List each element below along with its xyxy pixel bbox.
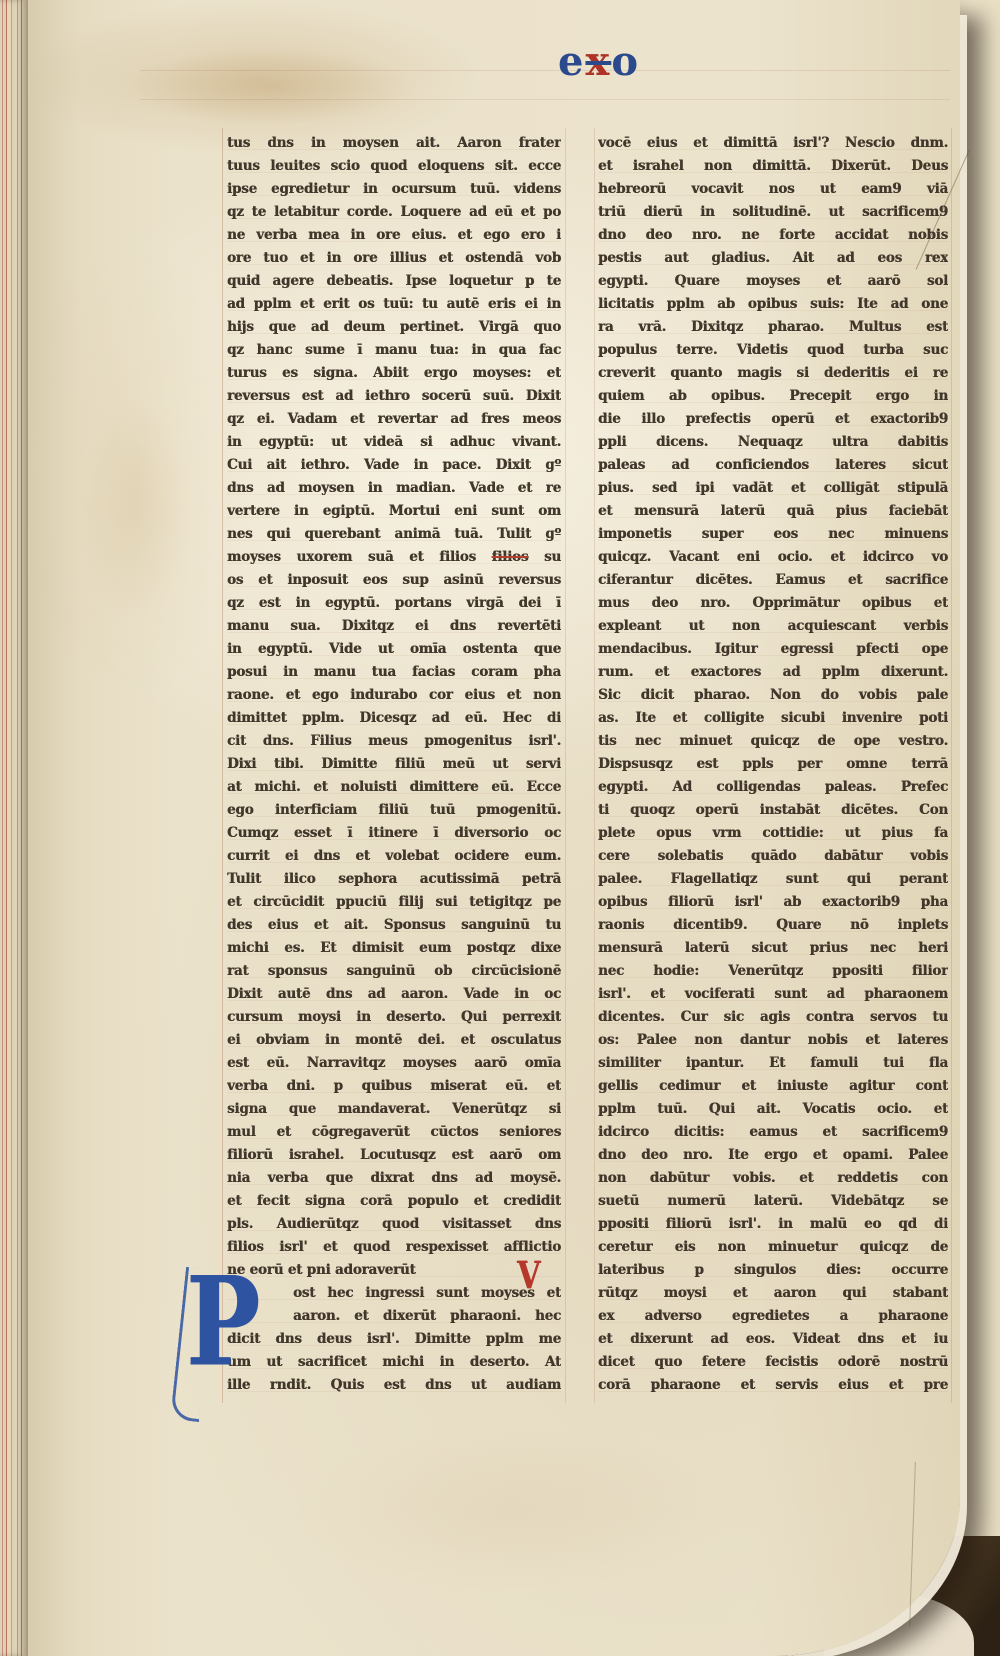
text-line: expleant ut non acquiescant verbis bbox=[598, 615, 948, 638]
text-line: vertere in egiptū. Mortui eni sunt om bbox=[227, 500, 561, 523]
text-line: paleas ad conficiendos lateres sicut bbox=[598, 454, 948, 477]
running-title-letter: o bbox=[611, 42, 640, 82]
text-line: pplm tuū. Qui ait. Vocatis ocio. et bbox=[598, 1098, 948, 1121]
text-line: qz ei. Vadam et revertar ad fres meos bbox=[227, 408, 561, 431]
text-line: et mensurā laterū quā pius faciebāt bbox=[598, 500, 948, 523]
text-line: as. Ite et colligite sicubi invenire pot… bbox=[598, 707, 948, 730]
text-line: qz te letabitur corde. Loquere ad eū et … bbox=[227, 201, 561, 224]
text-line: ne eorū et pni adoraverūt bbox=[227, 1259, 561, 1282]
text-line: idcirco dicitis: eamus et sacrificem9 bbox=[598, 1121, 948, 1144]
text-line: hijs que ad deum pertinet. Virgā quo bbox=[227, 316, 561, 339]
text-line: dimittet pplm. Dicesqz ad eū. Hec di bbox=[227, 707, 561, 730]
text-line: os et inposuit eos sup asinū reversus bbox=[227, 569, 561, 592]
text-line: ille rndit. Quis est dns ut audiam bbox=[227, 1374, 561, 1397]
text-line: isrl'. et vociferati sunt ad pharaonem bbox=[598, 983, 948, 1006]
text-line: michi es. Et dimisit eum postqz dixe bbox=[227, 937, 561, 960]
text-line: similiter ipantur. Et famuli tui fla bbox=[598, 1052, 948, 1075]
text-line: Cui ait iethro. Vade in pace. Dixit gº bbox=[227, 454, 561, 477]
running-title-letter: x bbox=[585, 42, 611, 82]
text-line: mul et cōgregaverūt cūctos seniores bbox=[227, 1121, 561, 1144]
text-line: ti quoqz operū instabāt dicētes. Con bbox=[598, 799, 948, 822]
text-line: des eius et ait. Sponsus sanguinū tu bbox=[227, 914, 561, 937]
text-line: verba dni. p quibus miserat eū. et bbox=[227, 1075, 561, 1098]
running-title-letter: e bbox=[558, 42, 585, 82]
text-line: Cumqz esset ī itinere ī diversorio oc bbox=[227, 822, 561, 845]
text-line: ost hec ingressi sunt moyses et bbox=[227, 1282, 561, 1305]
text-line: filiorū israhel. Locutusqz est aarō om bbox=[227, 1144, 561, 1167]
text-line: nia verba que dixrat dns ad moysē. bbox=[227, 1167, 561, 1190]
text-line: lateribus p singulos dies: occurre bbox=[598, 1259, 948, 1282]
text-line: corā pharaone et servis eius et pre bbox=[598, 1374, 948, 1397]
text-line: Dixit autē dns ad aaron. Vade in oc bbox=[227, 983, 561, 1006]
text-line: hebreorū vocavit nos ut eam9 viā bbox=[598, 178, 948, 201]
text-line: gellis cedimur et iniuste agitur cont bbox=[598, 1075, 948, 1098]
text-line: reversus est ad iethro socerū suū. Dixit bbox=[227, 385, 561, 408]
text-line: qz est in egyptū. portans virgā dei ī bbox=[227, 592, 561, 615]
text-line: dns ad moysen in madian. Vade et re bbox=[227, 477, 561, 500]
text-column-left: tus dns in moysen ait. Aaron fratertuus … bbox=[227, 132, 561, 1397]
text-line: turus es signa. Abiit ergo moyses: et bbox=[227, 362, 561, 385]
ruling-line bbox=[565, 128, 566, 1403]
text-line: egypti. Ad colligendas paleas. Prefec bbox=[598, 776, 948, 799]
text-line: mendacibus. Igitur egressi pfecti ope bbox=[598, 638, 948, 661]
text-line: Dixi tibi. Dimitte filiū meū ut servi bbox=[227, 753, 561, 776]
text-line: Sic dicit pharao. Non do vobis pale bbox=[598, 684, 948, 707]
text-line: signa que mandaverat. Venerūtqz si bbox=[227, 1098, 561, 1121]
ruling-line bbox=[951, 128, 952, 1403]
text-line: ciferantur dicētes. Eamus et sacrifice bbox=[598, 569, 948, 592]
text-line: aaron. et dixerūt pharaoni. hec bbox=[227, 1305, 561, 1328]
text-line: non dabūtur vobis. et reddetis con bbox=[598, 1167, 948, 1190]
text-column-right: vocē eius et dimittā isrl'? Nescio dnm.e… bbox=[598, 132, 948, 1397]
text-line: currit ei dns et volebat ocidere eum. bbox=[227, 845, 561, 868]
text-line: creverit quanto magis si dederitis ei re bbox=[598, 362, 948, 385]
drop-cap-initial-P: P bbox=[186, 1262, 260, 1385]
text-line: rum. et exactores ad pplm dixerunt. bbox=[598, 661, 948, 684]
text-line: moyses uxorem suā et filios filios su bbox=[227, 546, 561, 569]
text-line: mus deo nro. Opprimātur opibus et bbox=[598, 592, 948, 615]
text-line: dno deo nro. Ite ergo et opami. Palee bbox=[598, 1144, 948, 1167]
text-line: posui in manu tua facias coram pha bbox=[227, 661, 561, 684]
text-line: dicet quo fetere fecistis odorē nostrū bbox=[598, 1351, 948, 1374]
text-line: et fecit signa corā populo et credidit bbox=[227, 1190, 561, 1213]
text-line: cere solebatis quādo dabātur vobis bbox=[598, 845, 948, 868]
text-line: tis nec minuet quicqz de ope vestro. bbox=[598, 730, 948, 753]
text-line: est eū. Narravitqz moyses aarō omīa bbox=[227, 1052, 561, 1075]
text-line: ad pplm et erit os tuū: tu autē eris ei … bbox=[227, 293, 561, 316]
ruling-line bbox=[140, 99, 950, 100]
text-line: rat sponsus sanguinū ob circūcisionē bbox=[227, 960, 561, 983]
text-line: quid agere debeatis. Ipse loquetur p te bbox=[227, 270, 561, 293]
text-line: mensurā laterū sicut prius nec heri bbox=[598, 937, 948, 960]
text-line: imponetis super eos nec minuens bbox=[598, 523, 948, 546]
text-line: in egyptū: ut videā si adhuc vivant. bbox=[227, 431, 561, 454]
text-line: dicit dns deus isrl'. Dimitte pplm me bbox=[227, 1328, 561, 1351]
text-line: ego interficiam filiū tuū pmogenitū. bbox=[227, 799, 561, 822]
text-line: quiem ab opibus. Precepit ergo in bbox=[598, 385, 948, 408]
running-title-exo: exo bbox=[558, 42, 640, 82]
text-line: quicqz. Vacant eni ocio. et idcirco vo bbox=[598, 546, 948, 569]
text-line: et circūcidit ppuciū filij sui tetigitqz… bbox=[227, 891, 561, 914]
text-line: nes qui querebant animā tuā. Tulit gº bbox=[227, 523, 561, 546]
book-binding-page-edges bbox=[0, 0, 28, 1656]
text-line: cit dns. Filius meus pmogenitus isrl'. bbox=[227, 730, 561, 753]
text-line: ipse egredietur in ocursum tuū. videns bbox=[227, 178, 561, 201]
text-line: vocē eius et dimittā isrl'? Nescio dnm. bbox=[598, 132, 948, 155]
text-line: manu sua. Dixitqz ei dns revertēti bbox=[227, 615, 561, 638]
text-line: Dispsusqz est ppls per omne terrā bbox=[598, 753, 948, 776]
text-line: suetū numerū laterū. Videbātqz se bbox=[598, 1190, 948, 1213]
next-page-edge bbox=[953, 0, 1000, 1548]
text-line: egypti. Quare moyses et aarō sol bbox=[598, 270, 948, 293]
text-line: pius. sed ipi vadāt et colligāt stipulā bbox=[598, 477, 948, 500]
text-line: um ut sacrificet michi in deserto. At bbox=[227, 1351, 561, 1374]
text-line: ceretur eis non minuetur quicqz de bbox=[598, 1236, 948, 1259]
text-line: rūtqz moysi et aaron qui stabant bbox=[598, 1282, 948, 1305]
text-line: licitatis pplm ab opibus suis: Ite ad on… bbox=[598, 293, 948, 316]
ruling-line bbox=[222, 128, 223, 1403]
text-line: pls. Audierūtqz quod visitasset dns bbox=[227, 1213, 561, 1236]
text-line: ppositi filiorū isrl'. in malū eo qd di bbox=[598, 1213, 948, 1236]
text-line: triū dierū in solitudinē. ut sacrificem9 bbox=[598, 201, 948, 224]
ruling-line bbox=[594, 128, 595, 1403]
ruling-line bbox=[140, 70, 950, 71]
text-line: populus terre. Videtis quod turba suc bbox=[598, 339, 948, 362]
text-line: dicentes. Cur sic agis contra servos tu bbox=[598, 1006, 948, 1029]
text-line: nec hodie: Venerūtqz ppositi filior bbox=[598, 960, 948, 983]
text-line: die illo prefectis operū et exactorib9 bbox=[598, 408, 948, 431]
text-line: filios isrl' et quod respexisset afflict… bbox=[227, 1236, 561, 1259]
text-line: ore tuo et in ore illius et ostendā vob bbox=[227, 247, 561, 270]
text-line: plete opus vrm cottidie: ut pius fa bbox=[598, 822, 948, 845]
red-paragraph-mark: V bbox=[517, 1254, 540, 1298]
text-line: qz hanc sume ī manu tua: in qua fac bbox=[227, 339, 561, 362]
text-line: os: Palee non dantur nobis et lateres bbox=[598, 1029, 948, 1052]
expunged-word: filios bbox=[492, 549, 529, 565]
text-line: at michi. et noluisti dimittere eū. Ecce bbox=[227, 776, 561, 799]
text-line: pestis aut gladius. Ait ad eos rex bbox=[598, 247, 948, 270]
text-line: ne verba mea in ore eius. et ego ero i bbox=[227, 224, 561, 247]
text-line: palee. Flagellatiqz sunt qui perant bbox=[598, 868, 948, 891]
manuscript-photo: { "manuscript": { "ink_color": "#42372b"… bbox=[0, 0, 1000, 1656]
text-line: in egyptū. Vide ut omīa ostenta que bbox=[227, 638, 561, 661]
text-line: ppli dicens. Nequaqz ultra dabitis bbox=[598, 431, 948, 454]
text-line: dno deo nro. ne forte accidat nobis bbox=[598, 224, 948, 247]
text-line: tuus leuites scio quod eloquens sit. ecc… bbox=[227, 155, 561, 178]
text-line: opibus filiorū isrl' ab exactorib9 pha bbox=[598, 891, 948, 914]
text-line: et israhel non dimittā. Dixerūt. Deus bbox=[598, 155, 948, 178]
text-line: ex adverso egredietes a pharaone bbox=[598, 1305, 948, 1328]
text-line: cursum moysi in deserto. Qui perrexit bbox=[227, 1006, 561, 1029]
text-line: et dixerunt ad eos. Videat dns et iu bbox=[598, 1328, 948, 1351]
text-line: Tulit ilico sephora acutissimā petrā bbox=[227, 868, 561, 891]
text-line: raonis dicentib9. Quare nō inplets bbox=[598, 914, 948, 937]
text-line: ei obviam in montē dei. et osculatus bbox=[227, 1029, 561, 1052]
text-line: raone. et ego indurabo cor eius et non bbox=[227, 684, 561, 707]
text-line: ra vrā. Dixitqz pharao. Multus est bbox=[598, 316, 948, 339]
text-line: tus dns in moysen ait. Aaron frater bbox=[227, 132, 561, 155]
